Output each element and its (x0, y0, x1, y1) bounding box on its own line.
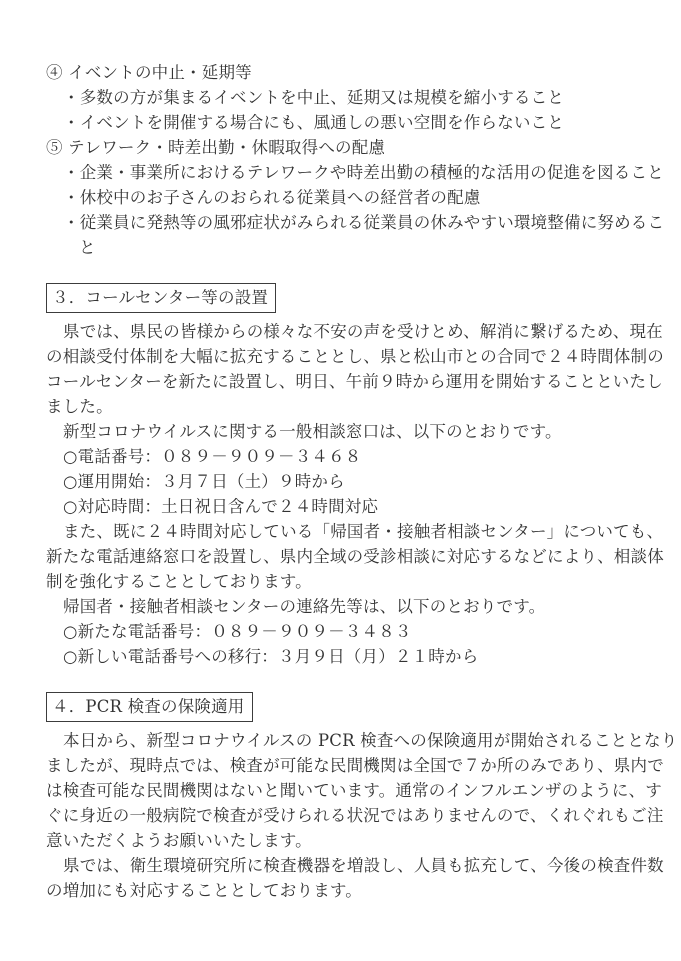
text-line: ました。 (46, 394, 637, 419)
list-item-bullet: ・イベントを開催する場合にも、風通しの悪い空間を作らないこと (46, 110, 637, 135)
text-line: 県では、県民の皆様からの様々な不安の声を受けとめ、解消に繋げるため、現在 (46, 319, 637, 344)
new-phone-number-line: ○新たな電話番号：０８９－９０９－３４８３ (46, 619, 637, 644)
text-line: の相談受付体制を大幅に拡充することとし、県と松山市との合同で２４時間体制の (46, 344, 637, 369)
text-line: 新型コロナウイルスに関する一般相談窓口は、以下のとおりです。 (46, 419, 637, 444)
section-4-heading: ４．PCR 検査の保険適用 (46, 692, 253, 722)
section-3-heading-row: ３．コールセンター等の設置 (46, 283, 637, 313)
section-3-heading: ３．コールセンター等の設置 (46, 283, 276, 313)
transition-date-line: ○新しい電話番号への移行：３月９日（月）２１時から (46, 644, 637, 669)
list-item-bullet: ・企業・事業所におけるテレワークや時差出勤の積極的な活用の促進を図ること (46, 160, 637, 185)
text-line: の増加にも対応することとしております。 (46, 878, 637, 903)
text-line: コールセンターを新たに設置し、明日、午前９時から運用を開始することといたし (46, 369, 637, 394)
text-line: 新たな電話連絡窓口を設置し、県内全域の受診相談に対応するなどにより、相談体 (46, 544, 637, 569)
section-4-heading-row: ４．PCR 検査の保険適用 (46, 692, 637, 722)
list-item-bullet: ・休校中のお子さんのおられる従業員への経営者の配慮 (46, 185, 637, 210)
section-3: ３．コールセンター等の設置 県では、県民の皆様からの様々な不安の声を受けとめ、解… (46, 283, 637, 669)
text-line: 県では、衛生環境研究所に検査機器を増設し、人員も拡充して、今後の検査件数 (46, 853, 637, 878)
text-line: 制を強化することとしております。 (46, 569, 637, 594)
text-line: 本日から、新型コロナウイルスの PCR 検査への保険適用が開始されることとなり (46, 728, 637, 753)
start-date-line: ○運用開始：３月７日（土）９時から (46, 469, 637, 494)
text-line: 帰国者・接触者相談センターの連絡先等は、以下のとおりです。 (46, 594, 637, 619)
measures-list: ④ イベントの中止・延期等 ・多数の方が集まるイベントを中止、延期又は規模を縮小… (46, 60, 637, 260)
text-line: ぐに身近の一般病院で検査が受けられる状況ではありませんので、くれぐれもご注 (46, 803, 637, 828)
document-page: ④ イベントの中止・延期等 ・多数の方が集まるイベントを中止、延期又は規模を縮小… (0, 0, 681, 961)
section-4: ４．PCR 検査の保険適用 本日から、新型コロナウイルスの PCR 検査への保険… (46, 692, 637, 903)
text-line: 意いただくようお願いいたします。 (46, 828, 637, 853)
phone-number-line: ○電話番号：０８９－９０９－３４６８ (46, 444, 637, 469)
text-line: は検査可能な民間機関はないと聞いています。通常のインフルエンザのように、す (46, 778, 637, 803)
list-item-bullet: ・従業員に発熱等の風邪症状がみられる従業員の休みやすい環境整備に努めるこ (46, 210, 637, 235)
list-item-heading: ④ イベントの中止・延期等 (46, 60, 637, 85)
hours-line: ○対応時間：土日祝日含んで２４時間対応 (46, 494, 637, 519)
list-item-bullet: ・多数の方が集まるイベントを中止、延期又は規模を縮小すること (46, 85, 637, 110)
list-item-heading: ⑤ テレワーク・時差出勤・休暇取得への配慮 (46, 135, 637, 160)
text-line: ましたが、現時点では、検査が可能な民間機関は全国で７か所のみであり、県内で (46, 753, 637, 778)
list-item-bullet-continuation: と (46, 235, 637, 260)
text-line: また、既に２４時間対応している「帰国者・接触者相談センター」についても、 (46, 519, 637, 544)
